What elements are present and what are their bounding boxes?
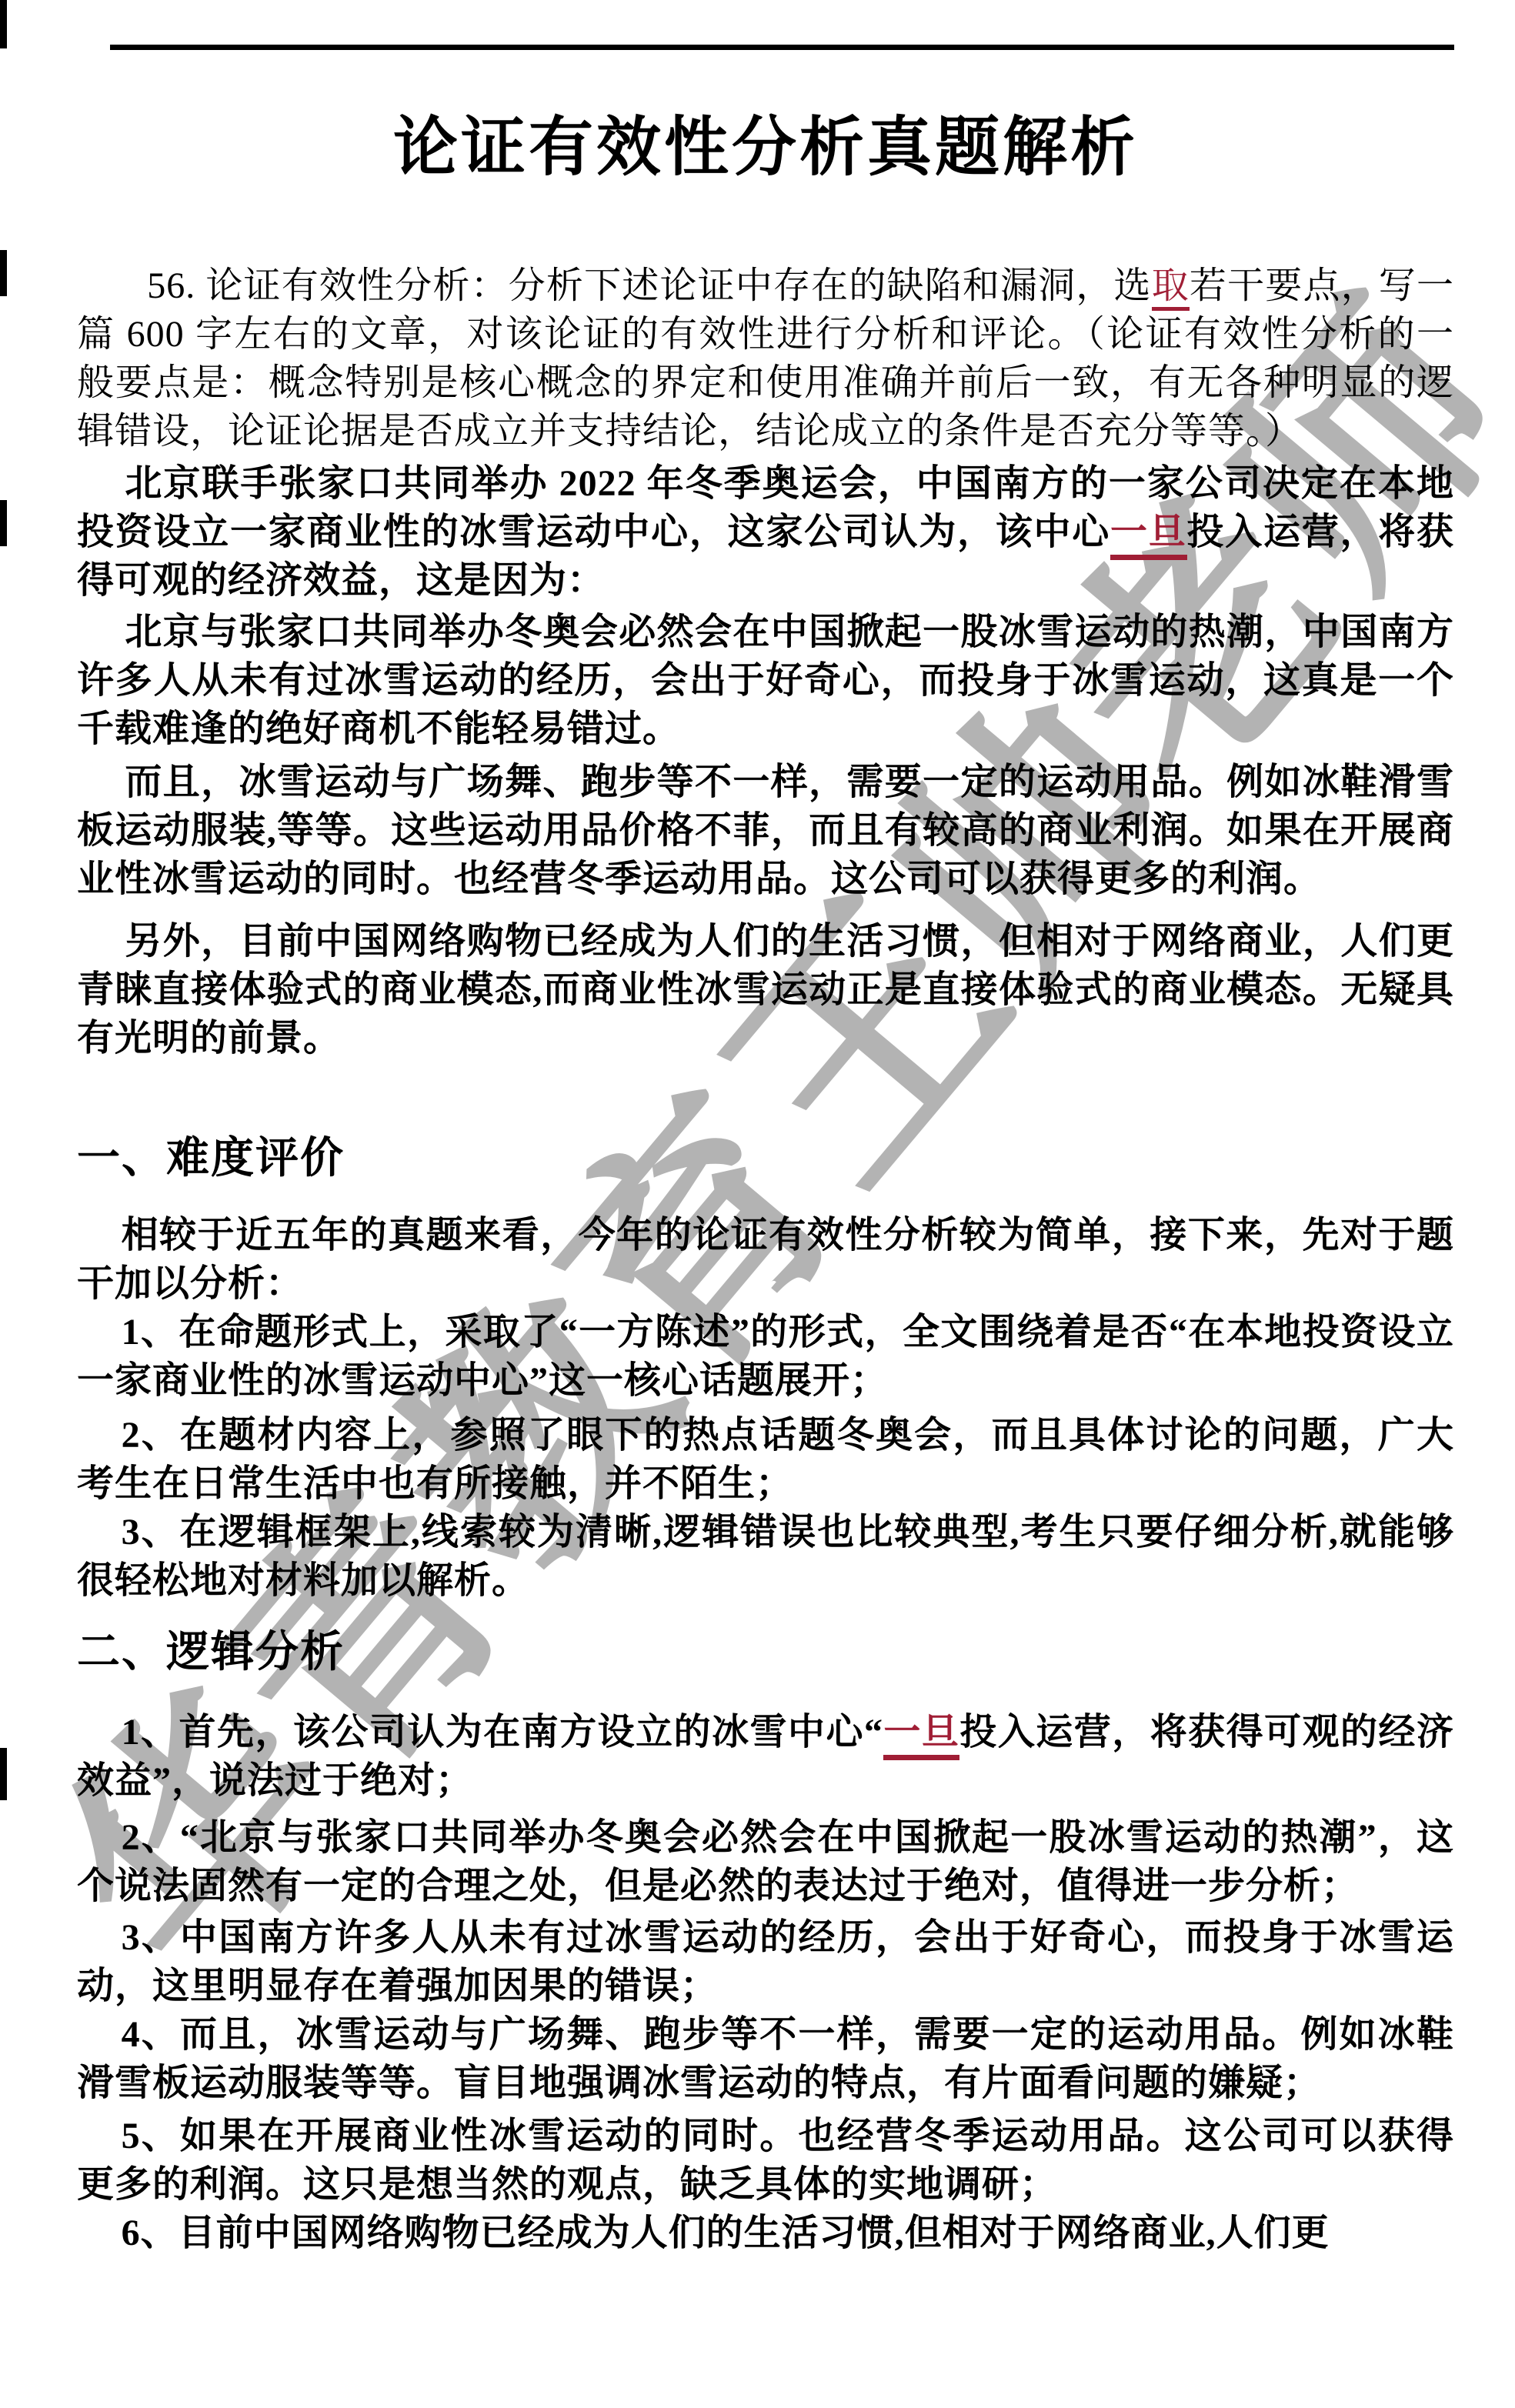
section-heading-logic: 二、逻辑分析 [77, 1629, 1454, 1675]
intro-paragraph: 56. 论证有效性分析：分析下述论证中存在的缺陷和漏洞，选取若干要点，写一篇 6… [77, 262, 1454, 455]
logic-point-2: 2、“北京与张家口共同举办冬奥会必然会在中国掀起一股冰雪运动的热潮”，这个说法固… [77, 1813, 1454, 1910]
text-run: 5、如果在开展商业性冰雪运动的同时。也经营冬季运动用品。这公司可以获得更多的利润… [77, 2116, 1454, 2205]
scan-artifact-top [0, 0, 7, 48]
section-heading-difficulty: 一、难度评价 [77, 1135, 1454, 1181]
text-run: 3、中国南方许多人从未有过冰雪运动的经历，会出于好奇心，而投身于冰雪运动，这里明… [77, 1917, 1454, 2006]
highlighted-term: 一旦 [1110, 512, 1186, 560]
text-run: 4、而且，冰雪运动与广场舞、跑步等不一样，需要一定的运动用品。例如冰鞋滑雪板运动… [77, 2014, 1454, 2103]
logic-point-4: 4、而且，冰雪运动与广场舞、跑步等不一样，需要一定的运动用品。例如冰鞋滑雪板运动… [77, 2010, 1454, 2107]
text-run: 2、在题材内容上，参照了眼下的热点话题冬奥会，而且具体讨论的问题，广大考生在日常… [77, 1415, 1454, 1504]
text-run: 3、在逻辑框架上,线索较为清晰,逻辑错误也比较典型,考生只要仔细分析,就能够很轻… [77, 1512, 1454, 1601]
text-run: 56. 论证有效性分析：分析下述论证中存在的缺陷和漏洞，选 [147, 265, 1152, 306]
difficulty-paragraph-1: 相较于近五年的真题来看，今年的论证有效性分析较为简单，接下来，先对于题干加以分析… [77, 1211, 1454, 1308]
text-run: 1、在命题形式上，采取了“一方陈述”的形式，全文围绕着是否“在本地投资设立一家商… [77, 1312, 1454, 1401]
logic-point-1: 1、首先，该公司认为在南方设立的冰雪中心“一旦投入运营，将获得可观的经济效益”，… [77, 1708, 1454, 1805]
text-run: 1、首先，该公司认为在南方设立的冰雪中心“ [122, 1712, 883, 1753]
text-run: 另外，目前中国网络购物已经成为人们的生活习惯，但相对于网络商业，人们更青睐直接体… [77, 921, 1454, 1059]
scan-artifact-lower [0, 1748, 7, 1800]
document-content: 论证有效性分析真题解析 56. 论证有效性分析：分析下述论证中存在的缺陷和漏洞，… [77, 0, 1454, 2257]
text-run: 北京与张家口共同举办冬奥会必然会在中国掀起一股冰雪运动的热潮，中国南方许多人从未… [77, 612, 1454, 749]
scan-artifact-upper [0, 250, 7, 296]
highlighted-term: 一旦 [883, 1712, 959, 1760]
material-paragraph-2: 北京与张家口共同举办冬奥会必然会在中国掀起一股冰雪运动的热潮，中国南方许多人从未… [77, 608, 1454, 753]
text-run: 6、目前中国网络购物已经成为人们的生活习惯,但相对于网络商业,人们更 [122, 2213, 1330, 2253]
material-paragraph-4: 另外，目前中国网络购物已经成为人们的生活习惯，但相对于网络商业，人们更青睐直接体… [77, 917, 1454, 1062]
scan-artifact-middle [0, 500, 7, 546]
material-paragraph-3: 而且，冰雪运动与广场舞、跑步等不一样，需要一定的运动用品。例如冰鞋滑雪板运动服装… [77, 758, 1454, 903]
material-paragraph-1: 北京联手张家口共同举办 2022 年冬季奥运会，中国南方的一家公司决定在本地投资… [77, 459, 1454, 605]
text-run: 相较于近五年的真题来看，今年的论证有效性分析较为简单，接下来，先对于题干加以分析… [77, 1215, 1454, 1304]
highlighted-term: 取 [1152, 265, 1190, 311]
logic-point-3: 3、中国南方许多人从未有过冰雪运动的经历，会出于好奇心，而投身于冰雪运动，这里明… [77, 1913, 1454, 2010]
difficulty-paragraph-4: 3、在逻辑框架上,线索较为清晰,逻辑错误也比较典型,考生只要仔细分析,就能够很轻… [77, 1508, 1454, 1605]
logic-point-6: 6、目前中国网络购物已经成为人们的生活习惯,但相对于网络商业,人们更 [77, 2209, 1454, 2257]
header-rule [110, 45, 1454, 50]
page-title: 论证有效性分析真题解析 [77, 112, 1454, 185]
logic-point-5: 5、如果在开展商业性冰雪运动的同时。也经营冬季运动用品。这公司可以获得更多的利润… [77, 2112, 1454, 2209]
difficulty-paragraph-2: 1、在命题形式上，采取了“一方陈述”的形式，全文围绕着是否“在本地投资设立一家商… [77, 1308, 1454, 1405]
text-run: 2、“北京与张家口共同举办冬奥会必然会在中国掀起一股冰雪运动的热潮”，这个说法固… [77, 1817, 1454, 1906]
difficulty-paragraph-3: 2、在题材内容上，参照了眼下的热点话题冬奥会，而且具体讨论的问题，广大考生在日常… [77, 1411, 1454, 1508]
text-run: 而且，冰雪运动与广场舞、跑步等不一样，需要一定的运动用品。例如冰鞋滑雪板运动服装… [77, 762, 1454, 899]
document-page: 华青教育王帅老师 论证有效性分析真题解析 56. 论证有效性分析：分析下述论证中… [0, 0, 1515, 2408]
